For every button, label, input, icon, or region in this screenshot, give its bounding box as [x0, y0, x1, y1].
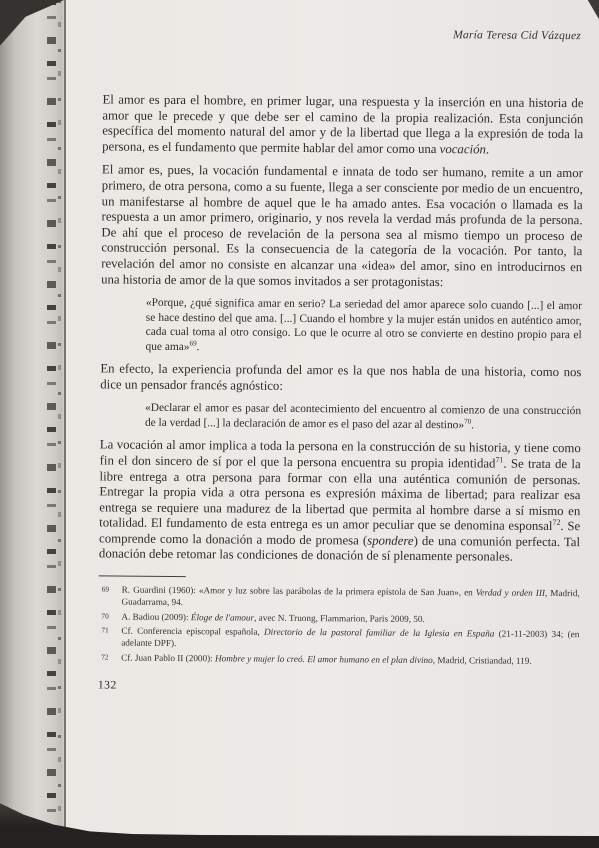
paragraph-2: El amor es, pues, la vocación fundamenta…	[101, 163, 583, 292]
italic-term-vocacion: vocación	[440, 142, 486, 156]
footnote-number: 71	[101, 625, 108, 637]
footnote-71: 71Cf. Conferencia episcopal española, Di…	[98, 626, 579, 653]
paragraph-1: El amor es para el hombre, en primer lug…	[102, 92, 583, 158]
running-header-author: María Teresa Cid Vázquez	[453, 28, 581, 42]
footnote-72: 72Cf. Juan Pablo II (2000): Hombre y muj…	[98, 652, 579, 668]
footnote-marker-71: 71	[495, 455, 503, 464]
footnote-separator	[99, 575, 186, 577]
text-column: El amor es para el hombre, en primer lug…	[98, 92, 584, 695]
footnote-70: 70A. Badiou (2009): Éloge de l'amour, av…	[98, 611, 579, 627]
footnote-number: 69	[102, 584, 109, 596]
italic-term-spondere: spondere	[367, 533, 414, 547]
footnote-number: 72	[101, 651, 108, 663]
page-content: María Teresa Cid Vázquez El amor es para…	[0, 0, 599, 848]
scanned-book-page: María Teresa Cid Vázquez El amor es para…	[0, 0, 599, 848]
footnote-work-title: Éloge de l'amour	[191, 612, 254, 622]
paragraph-3: En efecto, la experiencia profunda del a…	[100, 362, 581, 397]
blockquote-1: «Porque, ¿qué significa amar en serio? L…	[146, 296, 582, 357]
footnote-work-title: Directorio de la pastoral familiar de la…	[264, 627, 494, 639]
footnote-work-title: Hombre y mujer lo creó. El amor humano e…	[215, 653, 433, 665]
blockquote-2: «Declarar el amor es pasar del acontecim…	[145, 401, 581, 433]
footnote-69: 69R. Guardini (1960): «Amor y luz sobre …	[99, 584, 580, 611]
footnote-number: 70	[101, 610, 108, 622]
footnote-work-title: Verdad y orden III	[476, 587, 545, 598]
paragraph-4: La vocación al amor implica a toda la pe…	[99, 438, 581, 567]
page-number: 132	[98, 678, 579, 695]
